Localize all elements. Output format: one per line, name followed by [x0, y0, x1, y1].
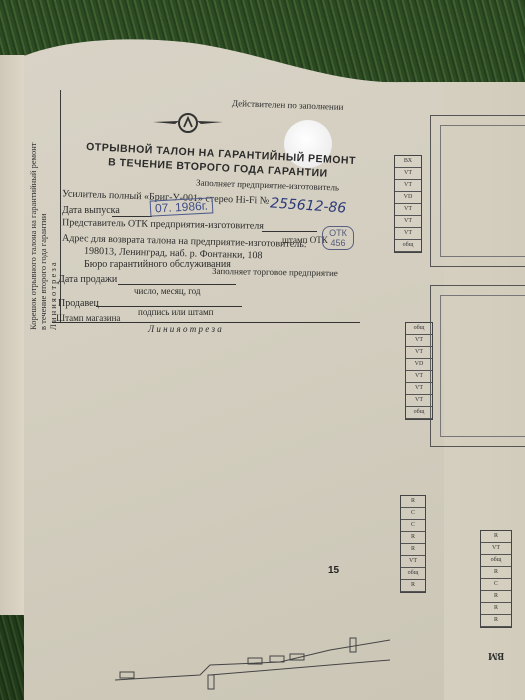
return-address-line-2: Бюро гарантийного обслуживания: [84, 259, 231, 270]
page-number: 15: [328, 565, 339, 576]
aeroflot-logo-icon: [153, 112, 223, 134]
schematic-footer-label: ВМ: [488, 650, 504, 661]
otk-stamp: ОТК 456: [322, 226, 354, 250]
stub-divider: [60, 90, 61, 322]
connector-table-top: ВХVT VTVD VTVT VTобщ: [394, 155, 422, 253]
warranty-page: [24, 38, 444, 700]
seller-hint: подпись или штамп: [138, 307, 213, 317]
left-page-edge: [0, 55, 25, 615]
schematic-inner-top: [440, 125, 525, 257]
connector-table-bottom-right: RVT общR CR RR: [480, 530, 512, 628]
sale-date-label: Дата продажи: [58, 274, 117, 285]
release-date-underline: [112, 216, 152, 217]
sale-date-underline: [118, 284, 236, 285]
cut-line: [52, 322, 360, 323]
sale-date-hint: число, месяц, год: [134, 286, 200, 296]
cut-line-label: Л и н и я о т р е з а: [148, 324, 222, 334]
seller-label: Продавец: [58, 298, 99, 309]
release-date-label: Дата выпуска: [62, 205, 120, 216]
release-date-stamp: 07. 1986г.: [150, 197, 214, 216]
connector-table-mid: общVT VTVD VTVT VTобщ: [405, 322, 433, 420]
qc-rep-underline: [262, 231, 317, 232]
connector-table-bottom-left: RC CR RVT общR: [400, 495, 426, 593]
bottom-schematic: [100, 620, 400, 700]
stub-text: Корешок отрывного талона на гарантийный …: [28, 143, 58, 331]
schematic-inner-mid: [440, 295, 525, 437]
